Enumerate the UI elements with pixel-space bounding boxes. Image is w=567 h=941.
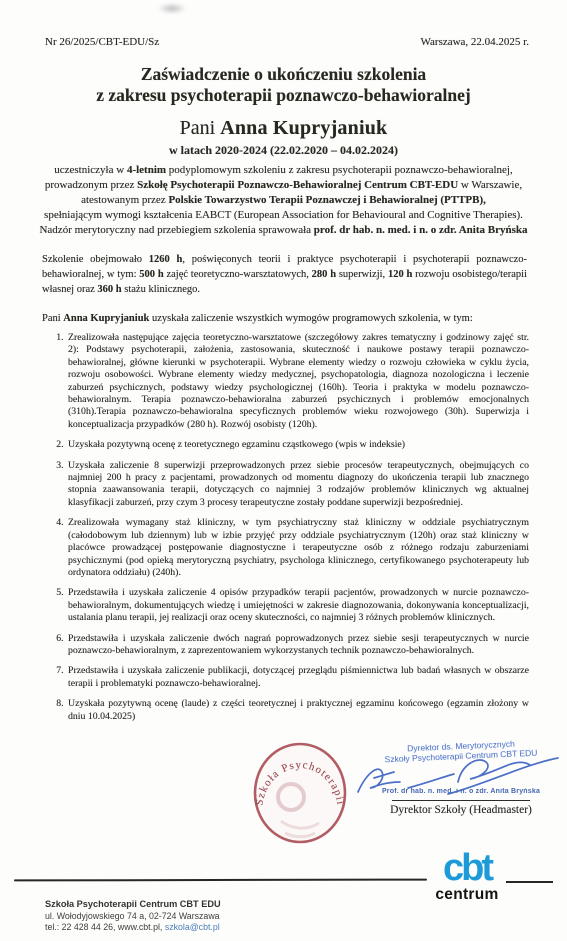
- footer-contact: Szkoła Psychoterapii Centrum CBT EDU ul.…: [45, 899, 221, 934]
- certificate-page: Nr 26/2025/CBT-EDU/Sz Warszawa, 22.04.20…: [0, 0, 567, 941]
- school-stamp-graphic: Szkoła Psychoterapii: [247, 737, 353, 847]
- footer-email: szkola@cbt.pl: [165, 922, 220, 932]
- document-title: Zaświadczenie o ukończeniu szkolenia z z…: [0, 64, 567, 106]
- requirement-item-5: Przedstawiła i uzyskała zaliczenie 4 opi…: [66, 587, 529, 624]
- intro-paragraph: uczestniczyła w 4-letnim podyplomowym sz…: [0, 163, 567, 238]
- requirement-item-3: Uzyskała zaliczenie 8 superwizji przepro…: [66, 460, 529, 510]
- requirement-item-6: Przedstawiła i uzyskała zaliczenie dwóch…: [66, 633, 529, 658]
- signer-name: Prof. dr hab. n. med. i n. o zdr. Anita …: [362, 788, 560, 795]
- footer-rule-right: [506, 881, 553, 883]
- requirements-intro: Pani Anna Kupryjaniuk uzyskała zaliczeni…: [42, 313, 527, 324]
- intro-line-4: spełniającym wymogi kształcenia EABCT (E…: [0, 208, 567, 223]
- footer-rule-left: [14, 879, 427, 882]
- requirement-item-1: Zrealizowała następujące zajęcia teorety…: [66, 332, 529, 431]
- title-line-1: Zaświadczenie o ukończeniu szkolenia: [0, 64, 567, 85]
- footer-address: ul. Wołodyjowskiego 74 a, 02-724 Warszaw…: [45, 911, 221, 923]
- training-period: w latach 2020-2024 (22.02.2020 – 04.02.2…: [0, 143, 567, 158]
- intro-line-3: atestowanym przez Polskie Towarzystwo Te…: [0, 193, 567, 208]
- footer-org-name: Szkoła Psychoterapii Centrum CBT EDU: [45, 899, 221, 911]
- requirement-item-2: Uzyskała pozytywną ocenę z teoretycznego…: [66, 439, 529, 451]
- signature-block: Dyrektor ds. Merytorycznych Szkoły Psych…: [362, 741, 560, 816]
- school-stamp: Szkoła Psychoterapii: [247, 737, 353, 847]
- footer-contact-line: tel.: 22 428 44 26, www.cbt.pl, szkola@c…: [45, 922, 221, 934]
- hours-summary: Szkolenie obejmowało 1260 h, poświęconyc…: [42, 252, 527, 297]
- place-date: Warszawa, 22.04.2025 r.: [421, 36, 529, 48]
- requirement-item-4: Zrealizowała wymagany staż kliniczny, w …: [66, 517, 529, 579]
- intro-line-5: Nadzór merytoryczny nad przebiegiem szko…: [0, 223, 567, 238]
- recipient-name: Pani Anna Kupryjaniuk: [0, 117, 567, 140]
- intro-line-2: prowadzonym przez Szkołę Psychoterapii P…: [0, 178, 567, 193]
- title-line-2: z zakresu psychoterapii poznawczo-behawi…: [0, 85, 567, 106]
- requirements-list: Zrealizowała następujące zajęcia teorety…: [42, 332, 529, 723]
- reference-number: Nr 26/2025/CBT-EDU/Sz: [45, 36, 159, 48]
- requirement-item-8: Uzyskała pozytywną ocenę (laude) z częśc…: [66, 698, 529, 723]
- signer-role: Dyrektor Szkoły (Headmaster): [362, 804, 560, 816]
- footer-phone-web: tel.: 22 428 44 26, www.cbt.pl,: [45, 922, 165, 932]
- document-header: Nr 26/2025/CBT-EDU/Sz Warszawa, 22.04.20…: [0, 0, 567, 48]
- handwritten-signature: [350, 750, 564, 804]
- scan-artifact: [158, 3, 186, 14]
- logo-wordmark: cbt: [426, 851, 508, 885]
- intro-line-1: uczestniczyła w 4-letnim podyplomowym sz…: [0, 163, 567, 178]
- requirement-item-7: Przedstawiła i uzyskała zaliczenie publi…: [66, 665, 529, 690]
- cbt-logo: cbt centrum: [426, 851, 508, 904]
- logo-subtitle: centrum: [426, 886, 508, 904]
